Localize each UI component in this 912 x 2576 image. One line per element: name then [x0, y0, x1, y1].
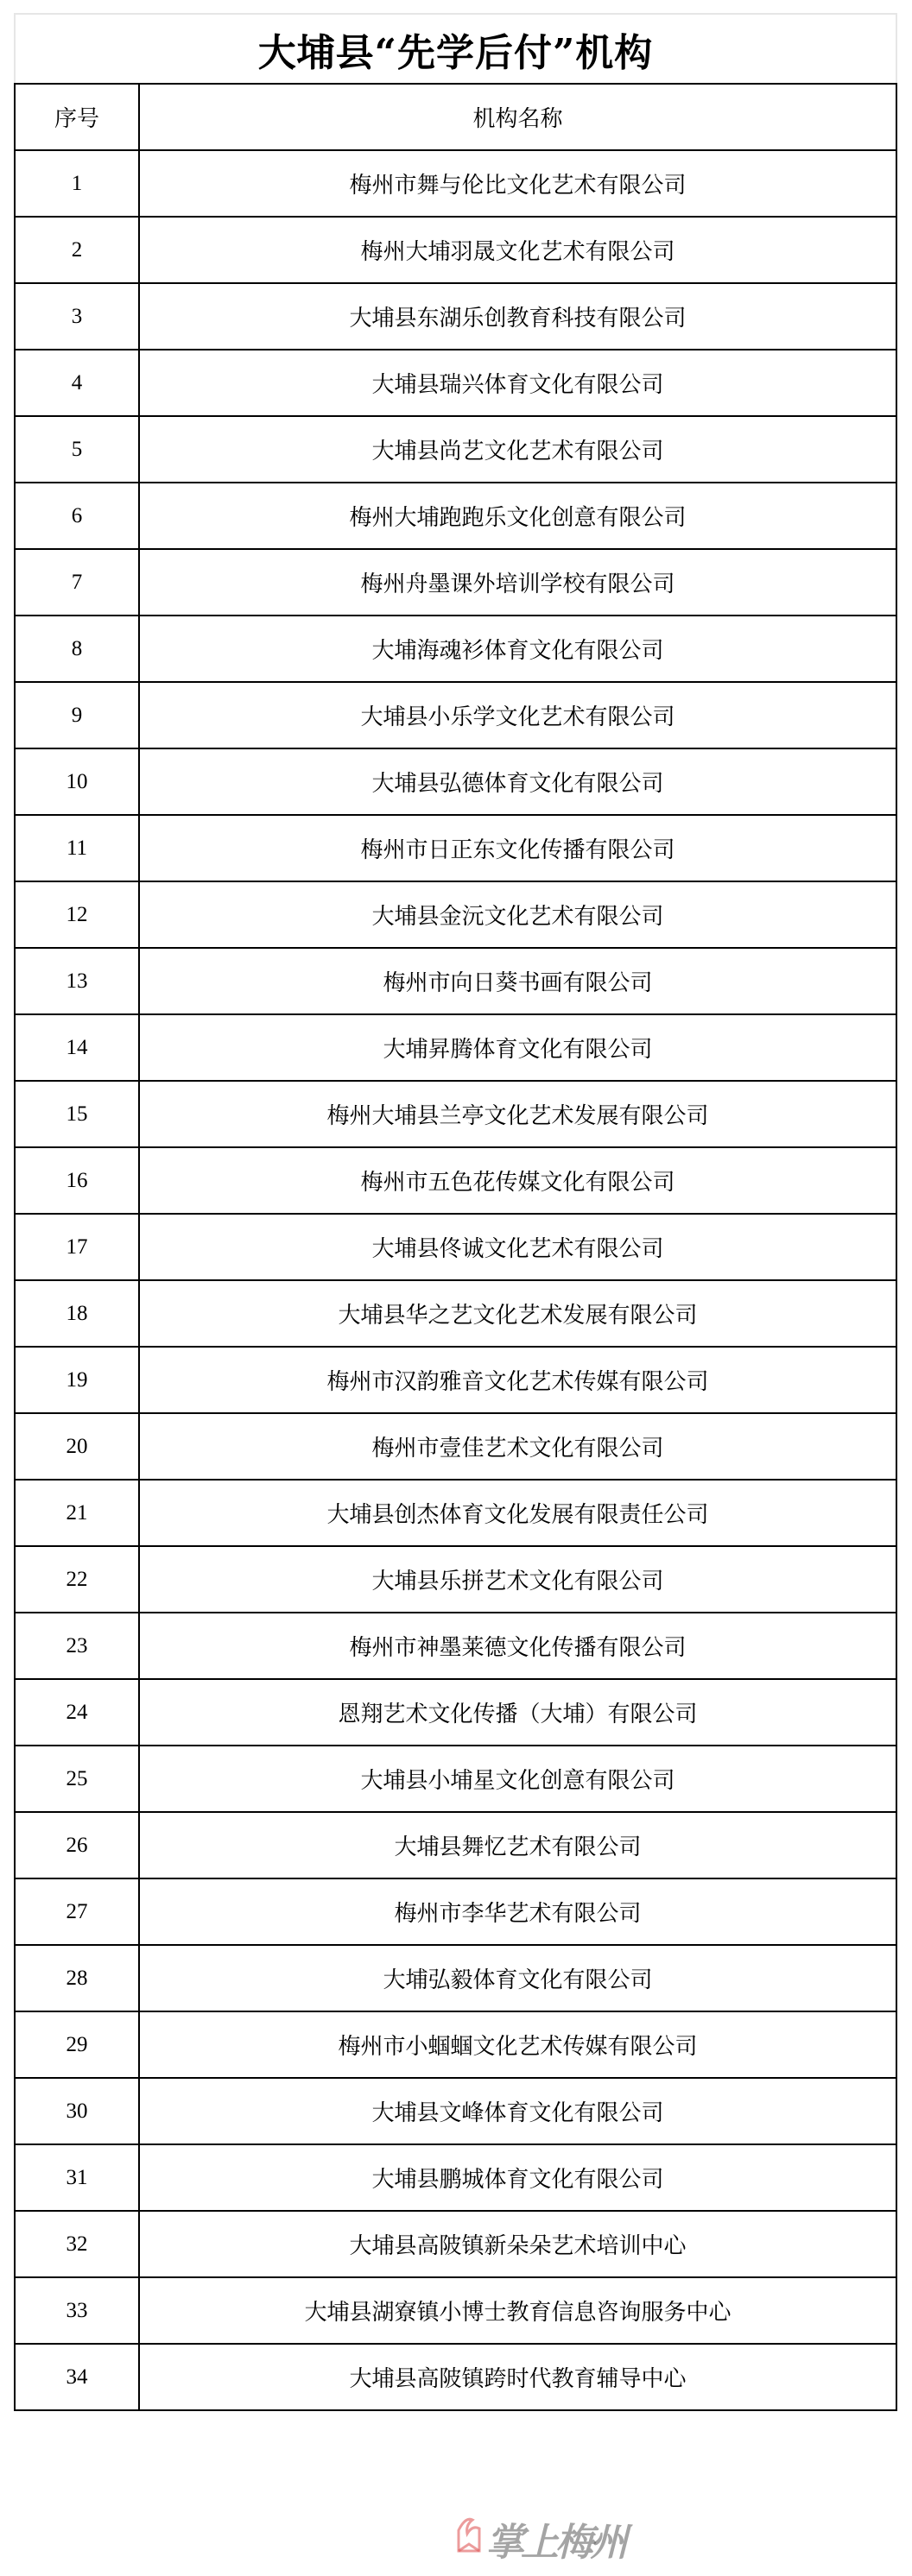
row-institution-name: 大埔县乐拼艺术文化有限公司: [139, 1546, 896, 1613]
row-index: 16: [15, 1147, 139, 1214]
table-row: 27梅州市李华艺术有限公司: [15, 1878, 896, 1945]
row-index: 20: [15, 1413, 139, 1480]
row-institution-name: 大埔县金沅文化艺术有限公司: [139, 881, 896, 948]
row-index: 26: [15, 1812, 139, 1878]
watermark-text: 掌上梅州: [486, 2511, 624, 2567]
table-row: 26大埔县舞忆艺术有限公司: [15, 1812, 896, 1878]
row-institution-name: 大埔县鹏城体育文化有限公司: [139, 2144, 896, 2211]
row-institution-name: 梅州市舞与伦比文化艺术有限公司: [139, 150, 896, 217]
table-row: 22大埔县乐拼艺术文化有限公司: [15, 1546, 896, 1613]
row-institution-name: 大埔县湖寮镇小博士教育信息咨询服务中心: [139, 2277, 896, 2344]
table-row: 1梅州市舞与伦比文化艺术有限公司: [15, 150, 896, 217]
row-institution-name: 梅州市李华艺术有限公司: [139, 1878, 896, 1945]
row-index: 13: [15, 948, 139, 1014]
row-institution-name: 恩翔艺术文化传播（大埔）有限公司: [139, 1679, 896, 1746]
row-index: 25: [15, 1746, 139, 1812]
table-row: 29梅州市小蝈蝈文化艺术传媒有限公司: [15, 2011, 896, 2078]
table-row: 16梅州市五色花传媒文化有限公司: [15, 1147, 896, 1214]
row-institution-name: 大埔县高陂镇新朵朵艺术培训中心: [139, 2211, 896, 2277]
row-index: 31: [15, 2144, 139, 2211]
row-institution-name: 大埔县华之艺文化艺术发展有限公司: [139, 1280, 896, 1347]
row-index: 32: [15, 2211, 139, 2277]
row-index: 14: [15, 1014, 139, 1081]
table-row: 9大埔县小乐学文化艺术有限公司: [15, 682, 896, 748]
table-row: 17大埔县佟诚文化艺术有限公司: [15, 1214, 896, 1280]
row-institution-name: 大埔县舞忆艺术有限公司: [139, 1812, 896, 1878]
row-index: 7: [15, 549, 139, 616]
row-institution-name: 梅州市神墨莱德文化传播有限公司: [139, 1613, 896, 1679]
table-row: 10大埔县弘德体育文化有限公司: [15, 748, 896, 815]
table-row: 14大埔昇腾体育文化有限公司: [15, 1014, 896, 1081]
row-index: 6: [15, 483, 139, 549]
table-row: 30大埔县文峰体育文化有限公司: [15, 2078, 896, 2144]
table-row: 19梅州市汉韵雅音文化艺术传媒有限公司: [15, 1347, 896, 1413]
table-row: 34大埔县高陂镇跨时代教育辅导中心: [15, 2344, 896, 2410]
document-sheet: 大埔县“先学后付”机构 序号 机构名称 1梅州市舞与伦比文化艺术有限公司2梅州大…: [14, 13, 897, 2411]
row-index: 4: [15, 350, 139, 416]
row-institution-name: 大埔县小乐学文化艺术有限公司: [139, 682, 896, 748]
watermark-logo-icon: [453, 2513, 483, 2556]
table-row: 33大埔县湖寮镇小博士教育信息咨询服务中心: [15, 2277, 896, 2344]
table-row: 21大埔县创杰体育文化发展有限责任公司: [15, 1480, 896, 1546]
page-title: 大埔县“先学后付”机构: [14, 13, 897, 83]
row-index: 27: [15, 1878, 139, 1945]
row-index: 15: [15, 1081, 139, 1147]
table-row: 28大埔弘毅体育文化有限公司: [15, 1945, 896, 2011]
table-row: 13梅州市向日葵书画有限公司: [15, 948, 896, 1014]
row-institution-name: 梅州市小蝈蝈文化艺术传媒有限公司: [139, 2011, 896, 2078]
row-institution-name: 梅州大埔羽晟文化艺术有限公司: [139, 217, 896, 283]
header-index: 序号: [15, 84, 139, 150]
row-index: 30: [15, 2078, 139, 2144]
table-row: 15梅州大埔县兰亭文化艺术发展有限公司: [15, 1081, 896, 1147]
row-institution-name: 大埔县高陂镇跨时代教育辅导中心: [139, 2344, 896, 2410]
row-index: 34: [15, 2344, 139, 2410]
row-institution-name: 大埔县佟诚文化艺术有限公司: [139, 1214, 896, 1280]
table-row: 3大埔县东湖乐创教育科技有限公司: [15, 283, 896, 350]
row-index: 1: [15, 150, 139, 217]
row-index: 3: [15, 283, 139, 350]
row-institution-name: 大埔县创杰体育文化发展有限责任公司: [139, 1480, 896, 1546]
row-institution-name: 梅州市壹佳艺术文化有限公司: [139, 1413, 896, 1480]
row-index: 28: [15, 1945, 139, 2011]
table-row: 6梅州大埔跑跑乐文化创意有限公司: [15, 483, 896, 549]
table-header-row: 序号 机构名称: [15, 84, 896, 150]
table-row: 4大埔县瑞兴体育文化有限公司: [15, 350, 896, 416]
row-institution-name: 大埔弘毅体育文化有限公司: [139, 1945, 896, 2011]
row-index: 19: [15, 1347, 139, 1413]
row-institution-name: 梅州大埔县兰亭文化艺术发展有限公司: [139, 1081, 896, 1147]
row-institution-name: 大埔昇腾体育文化有限公司: [139, 1014, 896, 1081]
table-row: 2梅州大埔羽晟文化艺术有限公司: [15, 217, 896, 283]
row-institution-name: 梅州市向日葵书画有限公司: [139, 948, 896, 1014]
row-institution-name: 大埔县小埔星文化创意有限公司: [139, 1746, 896, 1812]
row-index: 22: [15, 1546, 139, 1613]
table-row: 12大埔县金沅文化艺术有限公司: [15, 881, 896, 948]
row-institution-name: 大埔县弘德体育文化有限公司: [139, 748, 896, 815]
table-row: 32大埔县高陂镇新朵朵艺术培训中心: [15, 2211, 896, 2277]
table-row: 20梅州市壹佳艺术文化有限公司: [15, 1413, 896, 1480]
table-row: 31大埔县鹏城体育文化有限公司: [15, 2144, 896, 2211]
row-index: 5: [15, 416, 139, 483]
row-index: 2: [15, 217, 139, 283]
row-index: 29: [15, 2011, 139, 2078]
table-row: 25大埔县小埔星文化创意有限公司: [15, 1746, 896, 1812]
row-index: 24: [15, 1679, 139, 1746]
row-institution-name: 大埔县尚艺文化艺术有限公司: [139, 416, 896, 483]
row-institution-name: 梅州舟墨课外培训学校有限公司: [139, 549, 896, 616]
row-institution-name: 大埔海魂衫体育文化有限公司: [139, 616, 896, 682]
row-institution-name: 大埔县东湖乐创教育科技有限公司: [139, 283, 896, 350]
row-institution-name: 大埔县文峰体育文化有限公司: [139, 2078, 896, 2144]
table-row: 8大埔海魂衫体育文化有限公司: [15, 616, 896, 682]
row-institution-name: 梅州大埔跑跑乐文化创意有限公司: [139, 483, 896, 549]
table-row: 23梅州市神墨莱德文化传播有限公司: [15, 1613, 896, 1679]
row-index: 18: [15, 1280, 139, 1347]
table-row: 7梅州舟墨课外培训学校有限公司: [15, 549, 896, 616]
row-index: 23: [15, 1613, 139, 1679]
header-name: 机构名称: [139, 84, 896, 150]
institution-table: 序号 机构名称 1梅州市舞与伦比文化艺术有限公司2梅州大埔羽晟文化艺术有限公司3…: [14, 83, 897, 2411]
row-index: 33: [15, 2277, 139, 2344]
row-institution-name: 大埔县瑞兴体育文化有限公司: [139, 350, 896, 416]
table-row: 24恩翔艺术文化传播（大埔）有限公司: [15, 1679, 896, 1746]
row-index: 11: [15, 815, 139, 881]
table-row: 5大埔县尚艺文化艺术有限公司: [15, 416, 896, 483]
row-institution-name: 梅州市汉韵雅音文化艺术传媒有限公司: [139, 1347, 896, 1413]
row-institution-name: 梅州市日正东文化传播有限公司: [139, 815, 896, 881]
row-index: 9: [15, 682, 139, 748]
table-row: 18大埔县华之艺文化艺术发展有限公司: [15, 1280, 896, 1347]
row-index: 10: [15, 748, 139, 815]
row-index: 17: [15, 1214, 139, 1280]
row-institution-name: 梅州市五色花传媒文化有限公司: [139, 1147, 896, 1214]
row-index: 8: [15, 616, 139, 682]
row-index: 21: [15, 1480, 139, 1546]
row-index: 12: [15, 881, 139, 948]
table-row: 11梅州市日正东文化传播有限公司: [15, 815, 896, 881]
watermark: 掌上梅州: [453, 2508, 626, 2560]
